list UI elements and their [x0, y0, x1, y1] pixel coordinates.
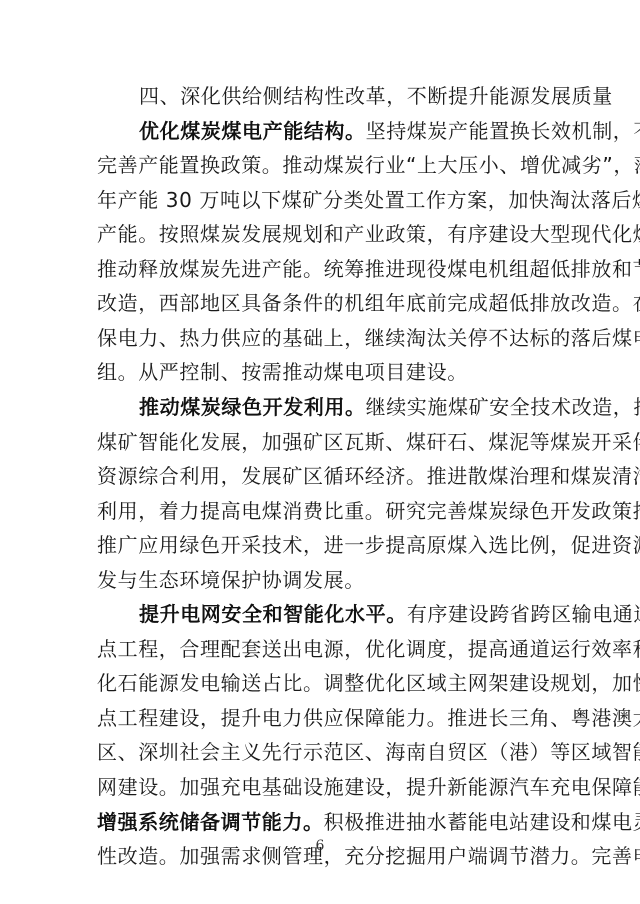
- line-text: 年产能 30 万吨以下煤矿分类处置工作方案，加快淘汰落后煤矿: [97, 188, 640, 212]
- text-line: 化石能源发电输送占比。调整优化区域主网架建设规划，加快重: [97, 671, 543, 695]
- line-text: 完善产能置换政策。推动煤炭行业“上大压小、增优减劣”，落实: [97, 153, 640, 177]
- text-line: 产能。按照煤炭发展规划和产业政策，有序建设大型现代化煤矿，: [97, 222, 543, 246]
- line-text: 产能。按照煤炭发展规划和产业政策，有序建设大型现代化煤矿，: [97, 222, 640, 246]
- text-line: 增强系统储备调节能力。积极推进抽水蓄能电站建设和煤电灵活: [97, 810, 543, 834]
- line-text: 发与生态环境保护协调发展。: [97, 568, 365, 592]
- line-text: 化石能源发电输送占比。调整优化区域主网架建设规划，加快重: [97, 671, 640, 695]
- line-text: 资源综合利用，发展矿区循环经济。推进散煤治理和煤炭清洁化: [97, 464, 640, 488]
- text-line: 发与生态环境保护协调发展。: [97, 568, 547, 592]
- text-line: 推动煤炭绿色开发利用。继续实施煤矿安全技术改造，推进: [139, 395, 585, 419]
- paragraph-heading: 推动煤炭绿色开发利用。: [139, 395, 366, 419]
- line-text: 坚持煤炭产能置换长效机制，不断: [366, 119, 640, 143]
- line-text: 点工程建设，提升电力供应保障能力。推进长三角、粤港澳大湾: [97, 706, 640, 730]
- text-line: 资源综合利用，发展矿区循环经济。推进散煤治理和煤炭清洁化: [97, 464, 543, 488]
- text-line: 点工程建设，提升电力供应保障能力。推进长三角、粤港澳大湾: [97, 706, 543, 730]
- text-line: 推动释放煤炭先进产能。统筹推进现役煤电机组超低排放和节能: [97, 257, 543, 281]
- text-line: 区、深圳社会主义先行示范区、海南自贸区（港）等区域智能电: [97, 740, 543, 764]
- paragraph-heading: 提升电网安全和智能化水平。: [139, 602, 407, 626]
- line-text: 推广应用绿色开采技术，进一步提高原煤入选比例，促进资源开: [97, 533, 640, 557]
- text-line: 改造，西部地区具备条件的机组年底前完成超低排放改造。在确: [97, 291, 543, 315]
- line-text: 网建设。加强充电基础设施建设，提升新能源汽车充电保障能力。: [97, 775, 640, 799]
- line-text: 推动释放煤炭先进产能。统筹推进现役煤电机组超低排放和节能: [97, 257, 640, 281]
- line-text: 组。从严控制、按需推动煤电项目建设。: [97, 360, 468, 384]
- text-line: 年产能 30 万吨以下煤矿分类处置工作方案，加快淘汰落后煤矿: [97, 188, 543, 212]
- text-line: 提升电网安全和智能化水平。有序建设跨省跨区输电通道重: [139, 602, 585, 626]
- line-text: 煤矿智能化发展，加强矿区瓦斯、煤矸石、煤泥等煤炭开采伴生: [97, 430, 640, 454]
- text-line: 利用，着力提高电煤消费比重。研究完善煤炭绿色开发政策措施，: [97, 499, 543, 523]
- page-number: 6: [0, 838, 640, 854]
- line-text: 有序建设跨省跨区输电通道重: [407, 602, 640, 626]
- text-line: 保电力、热力供应的基础上，继续淘汰关停不达标的落后煤电机: [97, 326, 543, 350]
- line-text: 继续实施煤矿安全技术改造，推进: [366, 395, 640, 419]
- text-line: 点工程，合理配套送出电源，优化调度，提高通道运行效率和非: [97, 637, 543, 661]
- line-text: 点工程，合理配套送出电源，优化调度，提高通道运行效率和非: [97, 637, 640, 661]
- line-text: 保电力、热力供应的基础上，继续淘汰关停不达标的落后煤电机: [97, 326, 640, 350]
- text-line: 组。从严控制、按需推动煤电项目建设。: [97, 360, 547, 384]
- text-line: 推广应用绿色开采技术，进一步提高原煤入选比例，促进资源开: [97, 533, 543, 557]
- text-line: 四、深化供给侧结构性改革，不断提升能源发展质量: [139, 84, 543, 108]
- text-line: 优化煤炭煤电产能结构。坚持煤炭产能置换长效机制，不断: [139, 119, 585, 143]
- line-text: 积极推进抽水蓄能电站建设和煤电灵活: [324, 810, 640, 834]
- text-line: 完善产能置换政策。推动煤炭行业“上大压小、增优减劣”，落实: [97, 153, 543, 177]
- paragraph-heading: 优化煤炭煤电产能结构。: [139, 119, 366, 143]
- line-text: 四、深化供给侧结构性改革，不断提升能源发展质量: [139, 84, 613, 108]
- line-text: 利用，着力提高电煤消费比重。研究完善煤炭绿色开发政策措施，: [97, 499, 640, 523]
- paragraph-heading: 增强系统储备调节能力。: [97, 810, 324, 834]
- document-page: 四、深化供给侧结构性改革，不断提升能源发展质量优化煤炭煤电产能结构。坚持煤炭产能…: [0, 0, 640, 904]
- line-text: 改造，西部地区具备条件的机组年底前完成超低排放改造。在确: [97, 291, 640, 315]
- text-line: 煤矿智能化发展，加强矿区瓦斯、煤矸石、煤泥等煤炭开采伴生: [97, 430, 543, 454]
- line-text: 区、深圳社会主义先行示范区、海南自贸区（港）等区域智能电: [97, 740, 640, 764]
- text-line: 网建设。加强充电基础设施建设，提升新能源汽车充电保障能力。: [97, 775, 543, 799]
